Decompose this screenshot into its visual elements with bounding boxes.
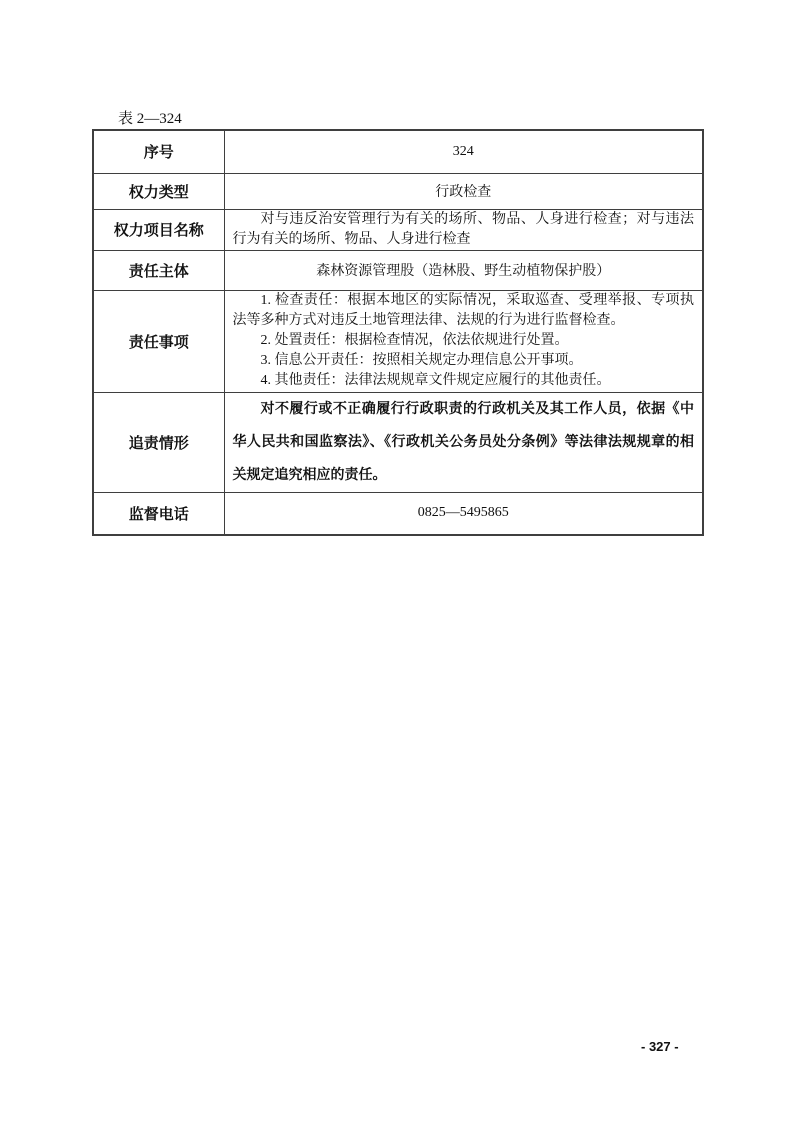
duty-item-inspection: 1. 检查责任：根据本地区的实际情况，采取巡查、受理举报、专项执法等多种方式对违…	[233, 291, 695, 331]
supervision-phone-value: 0825—5495865	[224, 492, 703, 535]
accountability-text: 对不履行或不正确履行行政职责的行政机关及其工作人员，依据《中华人民共和国监察法》…	[233, 393, 695, 492]
duty-item-disposal: 2. 处置责任：根据检查情况，依法依规进行处置。	[233, 331, 695, 351]
power-item-name-value: 对与违反治安管理行为有关的场所、物品、人身进行检查；对与违法行为有关的场所、物品…	[224, 209, 703, 250]
serial-number-value: 324	[224, 130, 703, 173]
table-row-accountability: 追责情形 对不履行或不正确履行行政职责的行政机关及其工作人员，依据《中华人民共和…	[93, 392, 703, 492]
row-label-supervision-phone: 监督电话	[93, 492, 224, 535]
table-row-duty-items: 责任事项 1. 检查责任：根据本地区的实际情况，采取巡查、受理举报、专项执法等多…	[93, 290, 703, 392]
row-label-serial-number: 序号	[93, 130, 224, 173]
page-number: - 327 -	[641, 1039, 679, 1054]
row-label-power-item-name: 权力项目名称	[93, 209, 224, 250]
row-label-responsible-body: 责任主体	[93, 250, 224, 290]
row-label-duty-items: 责任事项	[93, 290, 224, 392]
accountability-value: 对不履行或不正确履行行政职责的行政机关及其工作人员，依据《中华人民共和国监察法》…	[224, 392, 703, 492]
table-row-supervision-phone: 监督电话 0825—5495865	[93, 492, 703, 535]
responsibility-table: 序号 324 权力类型 行政检查 权力项目名称 对与违反治安管理行为有关的场所、…	[92, 129, 704, 536]
duty-item-information-disclosure: 3. 信息公开责任：按照相关规定办理信息公开事项。	[233, 351, 695, 371]
row-label-accountability: 追责情形	[93, 392, 224, 492]
table-row-responsible-body: 责任主体 森林资源管理股（造林股、野生动植物保护股）	[93, 250, 703, 290]
table-caption: 表 2—324	[118, 107, 182, 128]
duty-items-value: 1. 检查责任：根据本地区的实际情况，采取巡查、受理举报、专项执法等多种方式对违…	[224, 290, 703, 392]
power-item-name-text: 对与违反治安管理行为有关的场所、物品、人身进行检查；对与违法行为有关的场所、物品…	[233, 210, 695, 250]
table-row-power-item-name: 权力项目名称 对与违反治安管理行为有关的场所、物品、人身进行检查；对与违法行为有…	[93, 209, 703, 250]
table-row-power-type: 权力类型 行政检查	[93, 173, 703, 209]
power-type-value: 行政检查	[224, 173, 703, 209]
duty-item-other: 4. 其他责任：法律法规规章文件规定应履行的其他责任。	[233, 371, 695, 391]
row-label-power-type: 权力类型	[93, 173, 224, 209]
responsible-body-value: 森林资源管理股（造林股、野生动植物保护股）	[224, 250, 703, 290]
table-row-serial: 序号 324	[93, 130, 703, 173]
document-page: 表 2—324 序号 324 权力类型 行政检查 权力项目名称 对与违反治安管理…	[0, 0, 793, 1122]
